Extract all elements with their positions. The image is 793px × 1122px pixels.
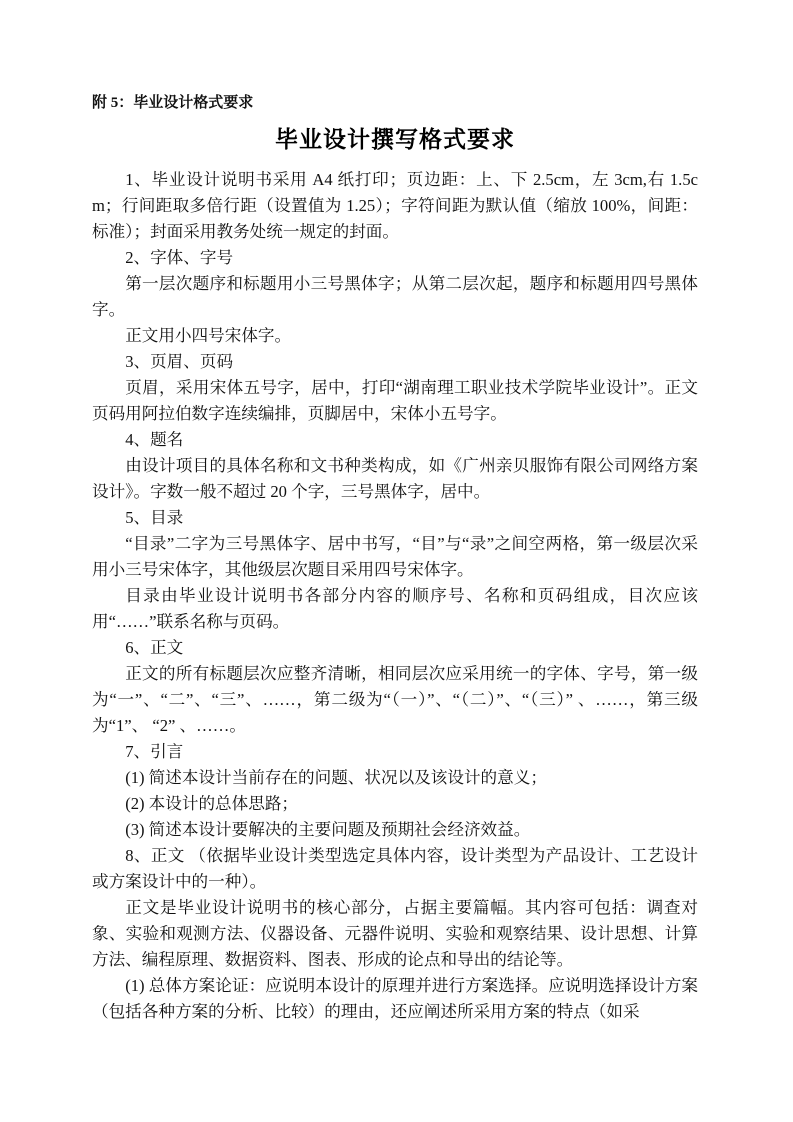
paragraph-toc-content: 目录由毕业设计说明书各部分内容的顺序号、名称和页码组成，目次应该用“……”联系名…: [92, 583, 698, 635]
attachment-label: 附 5：毕业设计格式要求: [92, 93, 698, 113]
paragraph-body-levels: 正文的所有标题层次应整齐清晰，相同层次应采用统一的字体、字号，第一级为“一”、“…: [92, 661, 698, 739]
paragraph-body-font: 正文用小四号宋体字。: [92, 323, 698, 349]
paragraph-toc-font: “目录”二字为三号黑体字、居中书写，“目”与“录”之间空两格，第一级层次采用小三…: [92, 531, 698, 583]
paragraph-scheme-item-1: (1) 总体方案论证：应说明本设计的原理并进行方案选择。应说明选择设计方案（包括…: [92, 973, 698, 1025]
paragraph-title-rules: 由设计项目的具体名称和文书种类构成，如《广州亲贝服饰有限公司网络方案设计》。字数…: [92, 453, 698, 505]
paragraph-intro-item-2: (2) 本设计的总体思路；: [92, 791, 698, 817]
paragraph-intro-item-1: (1) 简述本设计当前存在的问题、状况以及该设计的意义；: [92, 765, 698, 791]
section-heading-8-body: 8、正文 （依据毕业设计类型选定具体内容，设计类型为产品设计、工艺设计或方案设计…: [92, 843, 698, 895]
document-page: 附 5：毕业设计格式要求 毕业设计撰写格式要求 1、毕业设计说明书采用 A4 纸…: [0, 0, 793, 1122]
section-heading-6-body: 6、正文: [92, 635, 698, 661]
paragraph-heading-levels: 第一层次题序和标题用小三号黑体字；从第二层次起，题序和标题用四号黑体字。: [92, 271, 698, 323]
section-heading-2-font: 2、字体、字号: [92, 245, 698, 271]
page-content: 附 5：毕业设计格式要求 毕业设计撰写格式要求 1、毕业设计说明书采用 A4 纸…: [92, 93, 698, 1025]
paragraph-body-core: 正文是毕业设计说明书的核心部分，占据主要篇幅。其内容可包括：调查对象、实验和观测…: [92, 895, 698, 973]
paragraph-page-setup: 1、毕业设计说明书采用 A4 纸打印；页边距：上、下 2.5cm，左 3cm,右…: [92, 167, 698, 245]
section-heading-5-toc: 5、目录: [92, 505, 698, 531]
paragraph-intro-item-3: (3) 简述本设计要解决的主要问题及预期社会经济效益。: [92, 817, 698, 843]
document-title: 毕业设计撰写格式要求: [92, 123, 698, 155]
paragraph-header-page-num: 页眉，采用宋体五号字，居中，打印“湖南理工职业技术学院毕业设计”。正文页码用阿拉…: [92, 375, 698, 427]
section-heading-3-header: 3、页眉、页码: [92, 349, 698, 375]
document-body: 1、毕业设计说明书采用 A4 纸打印；页边距：上、下 2.5cm，左 3cm,右…: [92, 167, 698, 1025]
section-heading-7-intro: 7、引言: [92, 739, 698, 765]
section-heading-4-title: 4、题名: [92, 427, 698, 453]
